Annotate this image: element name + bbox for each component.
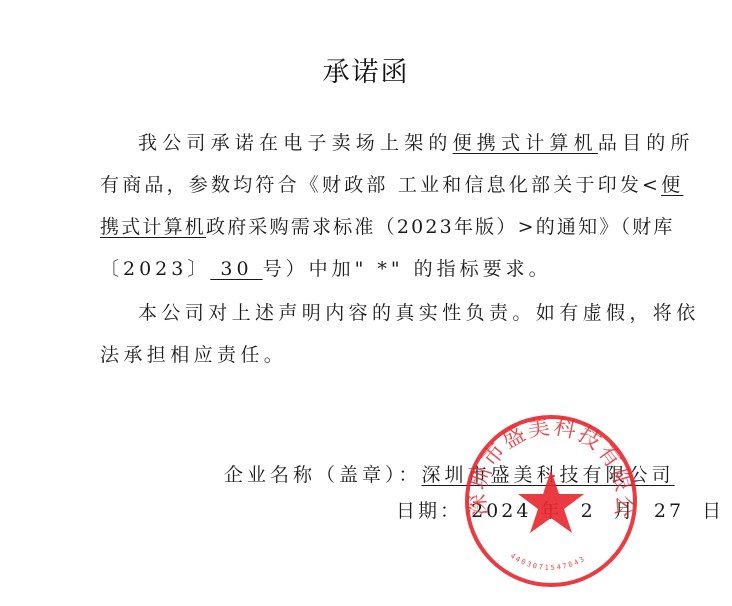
product-category-part: 携式计算机	[100, 216, 206, 238]
text: 我公司承诺在电子卖场上架的	[138, 132, 453, 154]
company-line: 企业名称（盖章）：深圳市盛美科技有限公司	[224, 460, 675, 487]
paragraph2-line1: 本公司对上述声明内容的真实性负责。如有虚假，将依	[138, 298, 700, 325]
product-category-part: 便	[661, 174, 683, 196]
company-name: 深圳市盛美科技有限公司	[422, 464, 675, 486]
date-line: 日期： 2024 年 2 月 27 日	[396, 496, 724, 523]
text: 品目的所	[598, 132, 695, 154]
document-title: 承诺函	[0, 50, 732, 89]
paragraph1-line4: 〔2023〕 30 号）中加" *" 的指标要求。	[100, 254, 552, 281]
svg-text:4403071547843: 4403071547843	[509, 552, 587, 572]
paragraph1-line3: 携式计算机政府采购需求标准（2023年版）>的通知》（财库	[100, 212, 675, 239]
paragraph2-line2: 法承担相应责任。	[100, 340, 287, 367]
document-number: 30	[210, 258, 262, 280]
year-value: 2024	[471, 500, 531, 522]
company-label: 企业名称（盖章）：	[224, 464, 422, 486]
day-unit: 日	[702, 500, 724, 522]
product-category: 便携式计算机	[453, 132, 598, 154]
year-unit: 年	[540, 500, 562, 522]
text: 政府采购需求标准（2023年版）>的通知》（财库	[206, 216, 675, 238]
date-label: 日期：	[396, 500, 462, 522]
stamp-code: 4403071547843	[509, 552, 587, 572]
day-value: 27	[654, 500, 684, 522]
paragraph1-line2: 有商品，参数均符合《财政部 工业和信息化部关于印发<便	[100, 170, 683, 197]
text: 〔2023〕	[100, 258, 210, 280]
paragraph1-line1: 我公司承诺在电子卖场上架的便携式计算机品目的所	[138, 128, 695, 155]
text: 号）中加" *" 的指标要求。	[263, 258, 552, 280]
text: 有商品，参数均符合《财政部 工业和信息化部关于印发<	[100, 174, 661, 196]
month-value: 2	[581, 500, 596, 522]
month-unit: 月	[614, 500, 636, 522]
